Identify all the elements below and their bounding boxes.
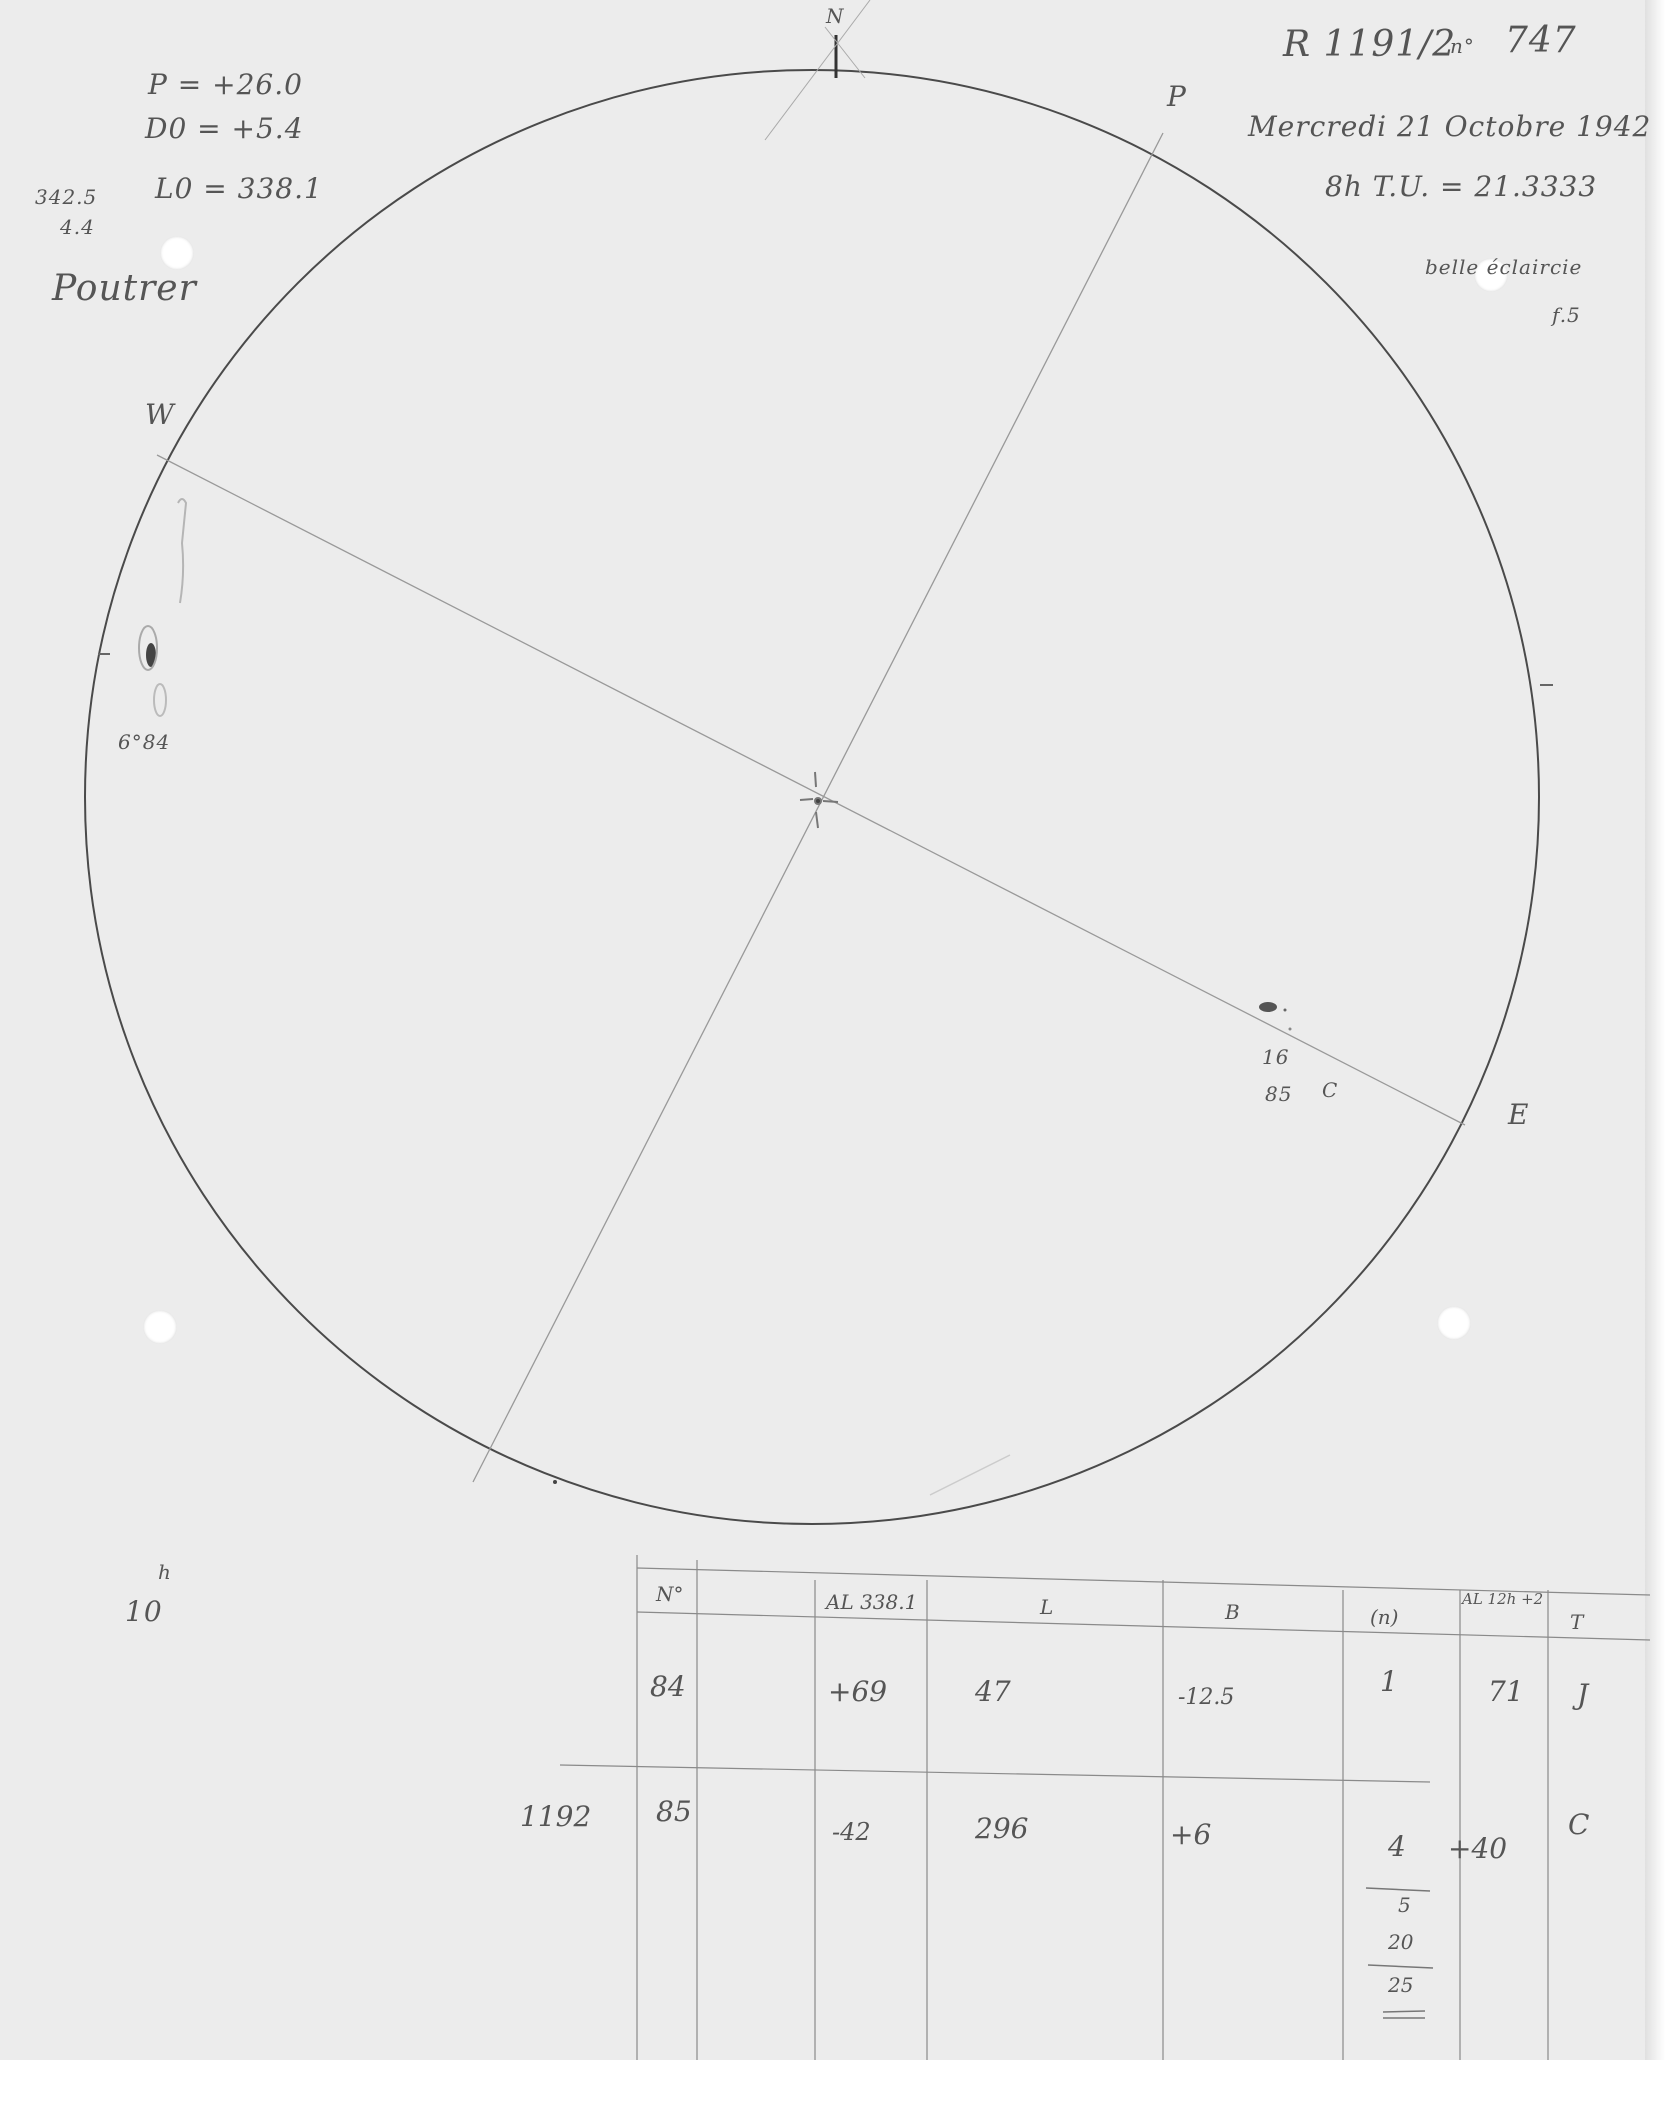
n-tally-3: 25 [1388,1973,1413,1997]
drawing-number: 747 [1505,20,1577,61]
table-header-number: N° [656,1582,684,1606]
pencil-dot [553,1480,557,1484]
sunspot-group-84 [139,499,186,716]
east-label: E [1508,1098,1529,1131]
pencil-stroke [930,1455,1010,1495]
number-label: n° [1450,34,1475,58]
seeing-conditions: belle éclaircie [1425,255,1582,279]
group-84-label: 6°84 [118,730,170,754]
n-tally-1: 5 [1398,1893,1411,1917]
pole-label: P [1167,80,1187,113]
group-85-type: C [1322,1078,1338,1102]
table-row-84-number: 84 [650,1670,686,1703]
solar-disk-outline [85,70,1539,1524]
table-row-85-type: C [1568,1808,1589,1841]
table-row-85-al: -42 [832,1818,871,1846]
data-table-grid [560,1555,1650,2060]
table-row-84-l: 47 [975,1675,1011,1708]
punch-hole [143,1310,177,1344]
table-header-type: T [1570,1610,1583,1634]
heliographic-longitude-l0: L0 = 338.1 [155,172,323,205]
table-header-l: L [1040,1595,1053,1619]
table-header-al12: AL 12h +2 [1462,1590,1543,1608]
table-row-85-l: 296 [975,1812,1028,1845]
punch-hole [1437,1306,1471,1340]
observation-date: Mercredi 21 Octobre 1942 [1248,110,1651,143]
table-row-85-n: 4 [1388,1830,1406,1863]
group-85-mark: 16 [1262,1045,1289,1069]
observer-signature: Poutrer [52,268,197,309]
table-row-84-n: 1 [1380,1665,1398,1698]
margin-note-bottom-left-sup: h [158,1560,172,1584]
seeing-quality: f.5 [1552,303,1581,327]
position-angle-p: P = +26.0 [148,68,303,101]
plate-reference: R 1191/2 [1283,24,1456,65]
observation-time: 8h T.U. = 21.3333 [1325,170,1597,203]
table-header-al: AL 338.1 [826,1590,917,1614]
punch-hole [160,236,194,270]
west-label: W [145,398,175,431]
table-row-85-number: 85 [656,1795,692,1828]
side-note-2: 4.4 [60,215,95,239]
table-row-85-al12: +40 [1448,1832,1507,1865]
side-note-1: 342.5 [35,185,97,209]
n-tally-2: 20 [1388,1930,1413,1954]
equator-line [157,455,1465,1125]
sunspot-group-85 [1259,1002,1292,1031]
table-row-84-type: J [1577,1678,1588,1711]
table-header-n: (n) [1370,1605,1399,1629]
north-label: N [826,4,845,28]
table-row-84-al12: 71 [1488,1675,1524,1708]
table-row-85-ref: 1192 [520,1800,591,1833]
table-row-85-b: +6 [1170,1818,1211,1851]
table-header-b: B [1225,1600,1240,1624]
group-85-number: 85 [1265,1082,1292,1106]
table-row-84-al: +69 [828,1675,887,1708]
rotation-axis-line [473,133,1163,1482]
margin-note-bottom-left: 10 [125,1595,163,1628]
heliographic-latitude-d0: D0 = +5.4 [145,112,304,145]
table-row-84-b: -12.5 [1178,1685,1234,1710]
solar-disk-drawing [0,0,1665,2124]
